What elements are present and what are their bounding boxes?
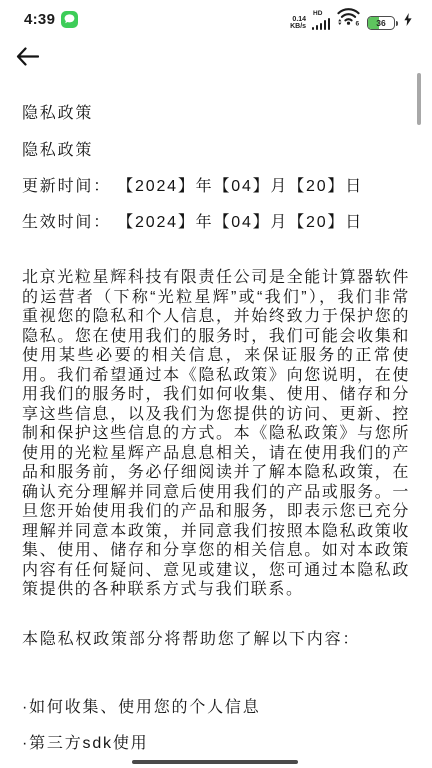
bullet-item-collect-info: ·如何收集、使用您的个人信息: [22, 697, 410, 719]
privacy-policy-content: 隐私政策 隐私政策 更新时间： 【2024】年【04】月【20】日 生效时间： …: [22, 0, 410, 768]
policy-intro-paragraph: 北京光粒星辉科技有限责任公司是全能计算器软件的运营者（下称“光粒星辉”或“我们”…: [22, 268, 410, 600]
effective-time-line: 生效时间： 【2024】年【04】月【20】日: [22, 212, 410, 234]
privacy-policy-screen: 4:39 0.14 KB/s HD: [0, 0, 432, 768]
section-lead-text: 本隐私权政策部分将帮助您了解以下内容：: [22, 629, 410, 651]
update-time-line: 更新时间： 【2024】年【04】月【20】日: [22, 176, 410, 198]
document-title: 隐私政策: [22, 140, 410, 162]
home-indicator-bar[interactable]: [132, 760, 298, 764]
scrollbar-thumb[interactable]: [417, 73, 421, 125]
page-title: 隐私政策: [22, 103, 410, 125]
bullet-item-third-party-sdk: ·第三方sdk使用: [22, 733, 410, 755]
